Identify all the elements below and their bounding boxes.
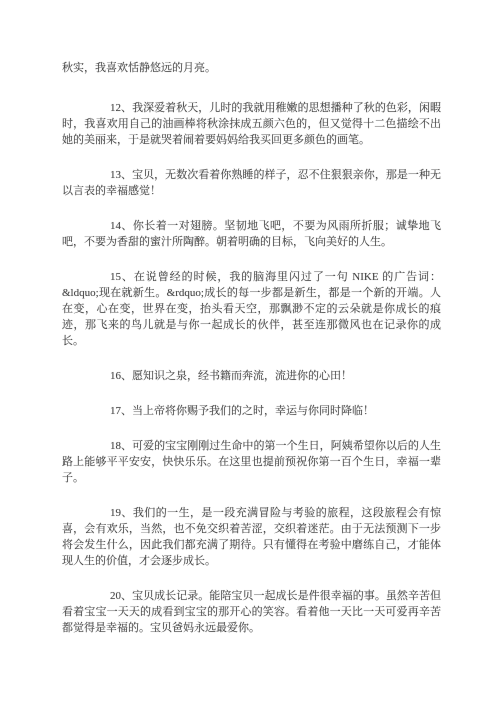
paragraph-item-13: 13、宝贝，无数次看着你熟睡的样子，忍不住狠狠亲你，那是一种无以言表的幸福感觉！ xyxy=(62,167,441,199)
paragraph-continuation: 秋实，我喜欢恬静悠远的月亮。 xyxy=(62,60,441,76)
paragraph-item-20: 20、宝贝成长记录。能陪宝贝一起成长是件很幸福的事。虽然辛苦但看着宝宝一天天的成… xyxy=(62,588,441,636)
paragraph-item-16: 16、愿知识之泉，经书籍而奔流，流进你的心田！ xyxy=(62,368,441,384)
document-page: 秋实，我喜欢恬静悠远的月亮。 12、我深爱着秋天，儿时的我就用稚嫩的思想播种了秋… xyxy=(0,0,500,708)
paragraph-item-15: 15、在说曾经的时候，我的脑海里闪过了一句 NIKE 的广告词：&ldquo;现… xyxy=(62,269,441,349)
text-column: 秋实，我喜欢恬静悠远的月亮。 12、我深爱着秋天，儿时的我就用稚嫩的思想播种了秋… xyxy=(62,60,441,655)
paragraph-item-14: 14、你长着一对翅膀。坚韧地飞吧，不要为风雨所折服；诚挚地飞吧，不要为香甜的蜜汁… xyxy=(62,218,441,250)
paragraph-item-17: 17、当上帝将你赐予我们的之时，幸运与你同时降临！ xyxy=(62,403,441,419)
paragraph-item-18: 18、可爱的宝宝刚刚过生命中的第一个生日，阿姨希望你以后的人生路上能够平平安安，… xyxy=(62,438,441,486)
paragraph-item-12: 12、我深爱着秋天，儿时的我就用稚嫩的思想播种了秋的色彩，闲暇时，我喜欢用自己的… xyxy=(62,100,441,148)
paragraph-item-19: 19、我们的一生，是一段充满冒险与考验的旅程，这段旅程会有惊喜，会有欢乐，当然，… xyxy=(62,505,441,569)
